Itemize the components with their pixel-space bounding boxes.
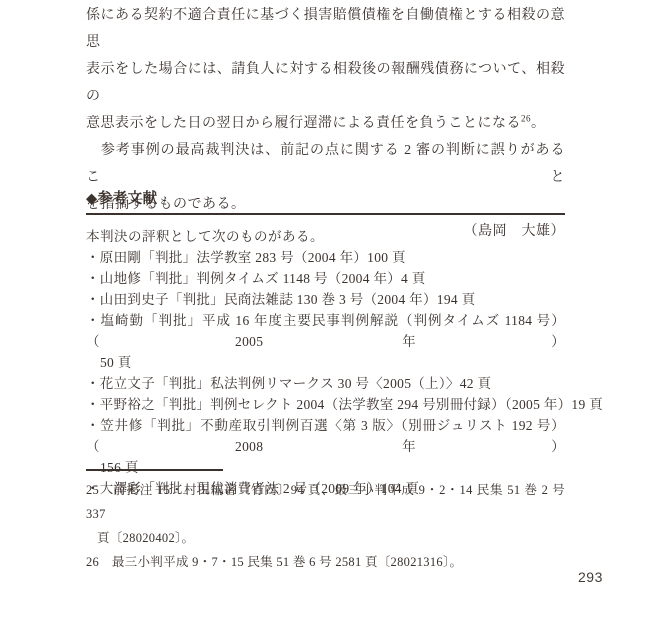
reference-item: ・塩崎勤「判批」平成 16 年度主要民事判例解説（判例タイムズ 1184 号）（… xyxy=(86,310,565,352)
diamond-bullet-icon: ◆ xyxy=(86,191,98,207)
references-intro: 本判決の評釈として次のものがある。 xyxy=(86,226,565,247)
reference-item: ・山田到史子「判批」民商法雑誌 130 巻 3 号（2004 年）194 頁 xyxy=(86,289,565,310)
footnote-ref-26: 26 xyxy=(521,113,531,123)
footnote-item-continuation: 頁〔28020402〕。 xyxy=(86,526,565,550)
book-page: 係にある契約不適合責任に基づく損害賠償債権を自働債権とする相殺の意思 表示をした… xyxy=(0,0,650,626)
page-number: 293 xyxy=(578,569,603,585)
reference-item: ・原田剛「判批」法学教室 283 号（2004 年）100 頁 xyxy=(86,247,565,268)
footnote-separator xyxy=(86,469,223,471)
footnotes: 25 前掲注 15・村田編著〔竹内〕94 頁、最三小判平成 9・2・14 民集 … xyxy=(86,478,565,574)
references-list: ・原田剛「判批」法学教室 283 号（2004 年）100 頁 ・山地修「判批」… xyxy=(86,247,565,499)
footnote-item: 26 最三小判平成 9・7・15 民集 51 巻 6 号 2581 頁〔2802… xyxy=(86,550,565,574)
footnote-item: 25 前掲注 15・村田編著〔竹内〕94 頁、最三小判平成 9・2・14 民集 … xyxy=(86,478,565,526)
references-title: 参考文献 xyxy=(98,191,158,207)
text-line: 係にある契約不適合責任に基づく損害賠償債権を自働債権とする相殺の意思 xyxy=(86,2,565,56)
reference-item: ・笠井修「判批」不動産取引判例百選〈第 3 版〉（別冊ジュリスト 192 号）（… xyxy=(86,415,565,457)
reference-item-continuation: 156 頁 xyxy=(86,457,565,478)
text-line: 表示をした場合には、請負人に対する相殺後の報酬残債務について、相殺の xyxy=(86,56,565,110)
reference-item-continuation: 50 頁 xyxy=(86,352,565,373)
text-line-segment: 意思表示をした日の翌日から履行遅滞による責任を負うことになる xyxy=(86,116,521,131)
references-header: ◆参考文献 xyxy=(86,190,565,215)
reference-item: ・山地修「判批」判例タイムズ 1148 号（2004 年）4 頁 xyxy=(86,268,565,289)
reference-item: ・花立文子「判批」私法判例リマークス 30 号〈2005（上）〉42 頁 xyxy=(86,373,565,394)
text-line: 意思表示をした日の翌日から履行遅滞による責任を負うことになる26。 xyxy=(86,110,565,137)
text-line-segment: 。 xyxy=(531,116,546,131)
text-line: 参考事例の最高裁判決は、前記の点に関する 2 審の判断に誤りがあること xyxy=(86,137,565,191)
reference-item: ・平野裕之「判批」判例セレクト 2004（法学教室 294 号別冊付録）（200… xyxy=(86,394,565,415)
